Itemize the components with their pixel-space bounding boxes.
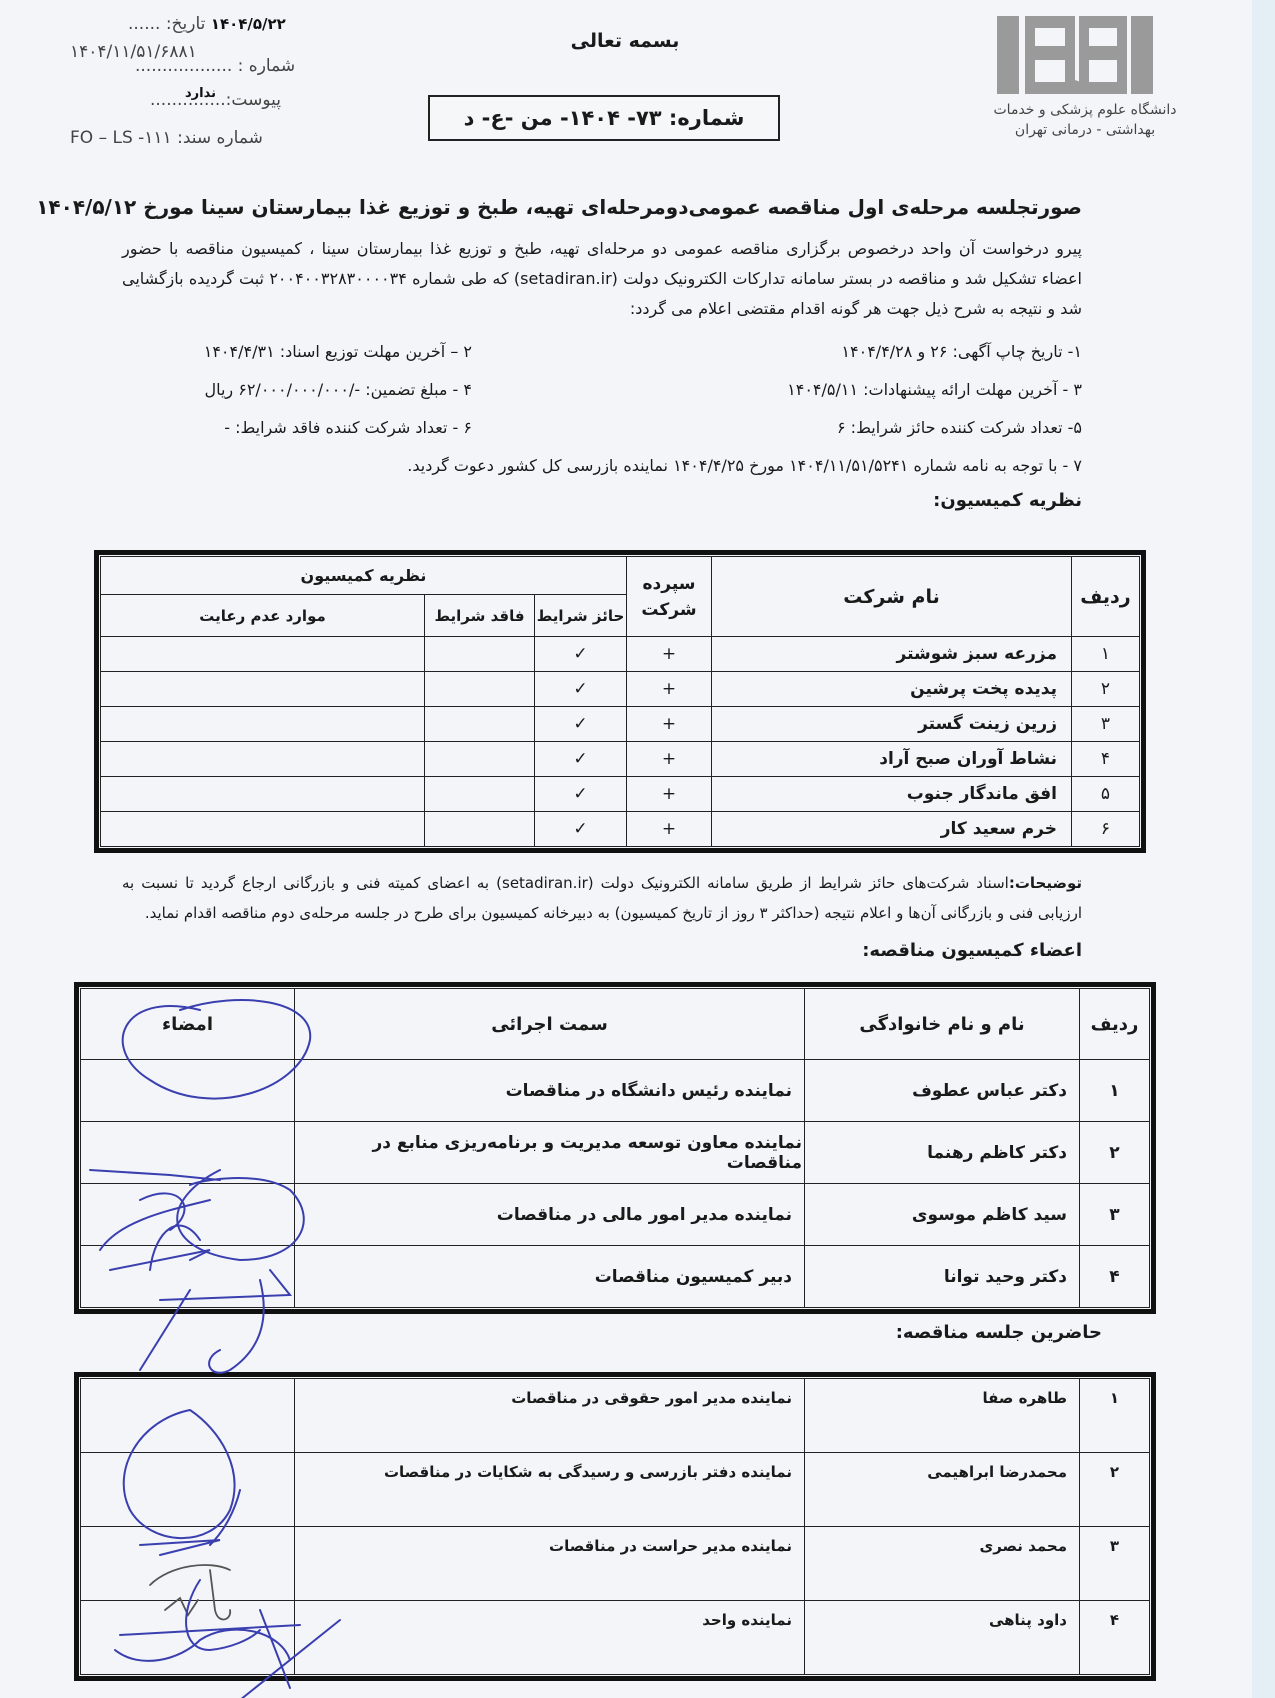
attendees-table: ۱ طاهره صفا نماینده مدیر امور حقوقی در م… (80, 1378, 1150, 1675)
table-row: ۳ محمد نصری نماینده مدیر حراست در مناقصا… (81, 1527, 1150, 1601)
header-qualified: حائز شرایط (535, 595, 627, 637)
checkmark-icon: ✓ (535, 812, 627, 847)
checkmark-icon: ✓ (535, 672, 627, 707)
header-row-number: ردیف (1072, 557, 1140, 637)
table-row: ۴ داود پناهی نماینده واحد (81, 1601, 1150, 1675)
checkmark-icon: ✓ (535, 742, 627, 777)
date-field: ۱۴۰۴/۵/۲۲ تاریخ: ...... (128, 14, 286, 34)
table-row: ۲ دکتر کاظم رهنما نماینده معاون توسعه مد… (81, 1122, 1150, 1184)
document-title: صورتجلسه مرحله‌ی اول مناقصه عمومی‌دومرحل… (36, 195, 1082, 219)
table-row: ۱ دکتر عباس عطوف نماینده رئیس دانشگاه در… (81, 1060, 1150, 1122)
commission-opinion-heading: نظریه کمیسیون: (933, 490, 1082, 511)
signature-cell (81, 1453, 295, 1527)
header-name: نام و نام خانوادگی (805, 989, 1080, 1060)
header-unqualified: فاقد شرایط (425, 595, 535, 637)
table-row: ۳ زرین زینت گستر + ✓ (101, 707, 1140, 742)
item-6: ۶ - تعداد شرکت کننده فاقد شرایط: - (224, 418, 472, 437)
signature-cell (81, 1184, 295, 1246)
university-name: دانشگاه علوم پزشکی و خدمات بهداشتی - درم… (985, 100, 1185, 140)
header-position: سمت اجرائی (295, 989, 805, 1060)
checkmark-icon: ✓ (535, 777, 627, 812)
reference-number-box: شماره: ۷۳- ۱۴۰۴- من -ع- د (428, 95, 780, 141)
checkmark-icon: ✓ (535, 707, 627, 742)
header-signature: امضاء (81, 989, 295, 1060)
header-noncompliance: موارد عدم رعایت (101, 595, 425, 637)
header-deposit: سپرده شرکت (627, 557, 712, 637)
checkmark-icon: ✓ (535, 637, 627, 672)
item-2: ۲ – آخرین مهلت توزیع اسناد: ۱۴۰۴/۴/۳۱ (204, 342, 472, 361)
notes-paragraph: توضیحات:اسناد شرکت‌های حائز شرایط از طری… (122, 868, 1082, 928)
university-logo-icon (995, 14, 1155, 96)
table-row: ۲ پدیده پخت پرشین + ✓ (101, 672, 1140, 707)
intro-paragraph: پیرو درخواست آن واحد درخصوص برگزاری مناق… (122, 234, 1082, 324)
item-3: ۳ - آخرین مهلت ارائه پیشنهادات: ۱۴۰۴/۵/۱… (787, 380, 1082, 399)
header-opinion: نظریه کمیسیون (101, 557, 627, 595)
table-row: ۳ سید کاظم موسوی نماینده مدیر امور مالی … (81, 1184, 1150, 1246)
attendees-heading: حاضرین جلسه مناقصه: (896, 1322, 1102, 1343)
item-7: ۷ - با توجه به نامه شماره ۱۴۰۴/۱۱/۵۱/۵۲۴… (407, 456, 1082, 475)
attachment-value: ندارد (185, 86, 216, 101)
signature-cell (81, 1379, 295, 1453)
item-1: ۱- تاریخ چاپ آگهی: ۲۶ و ۱۴۰۴/۴/۲۸ (841, 342, 1082, 361)
table-row: ۱ مزرعه سبز شوشتر + ✓ (101, 637, 1140, 672)
letter-number-label: شماره : .................. (135, 56, 295, 76)
signature-cell (81, 1601, 295, 1675)
table-row: ۱ طاهره صفا نماینده مدیر امور حقوقی در م… (81, 1379, 1150, 1453)
signature-cell (81, 1060, 295, 1122)
header-company: نام شرکت (712, 557, 1072, 637)
item-4: ۴ - مبلغ تضمین: -/۶۲/۰۰۰/۰۰۰/۰۰۰ ریال (204, 380, 472, 399)
scan-edge (1252, 0, 1275, 1698)
basmala-heading: بسمه تعالی (520, 30, 730, 52)
signature-cell (81, 1527, 295, 1601)
signature-cell (81, 1246, 295, 1308)
table-row: ۶ خرم سعید کار + ✓ (101, 812, 1140, 847)
table-row: ۴ نشاط آوران صبح آراد + ✓ (101, 742, 1140, 777)
signature-cell (81, 1122, 295, 1184)
item-5: ۵- تعداد شرکت کننده حائز شرایط: ۶ (837, 418, 1082, 437)
document-page: ۱۴۰۴/۵/۲۲ تاریخ: ...... ۱۴۰۴/۱۱/۵۱/۶۸۸۱ … (0, 0, 1252, 1698)
bids-table: ردیف نام شرکت سپرده شرکت نظریه کمیسیون ح… (100, 556, 1140, 847)
members-table: ردیف نام و نام خانوادگی سمت اجرائی امضاء… (80, 988, 1150, 1308)
table-row: ۲ محمدرضا ابراهیمی نماینده دفتر بازرسی و… (81, 1453, 1150, 1527)
doc-number: شماره سند: ۱۱۱- FO – LS (70, 128, 263, 148)
table-row: ۵ افق ماندگار جنوب + ✓ (101, 777, 1140, 812)
table-row: ۴ دکتر وحید توانا دبیر کمیسیون مناقصات (81, 1246, 1150, 1308)
members-heading: اعضاء کمیسیون مناقصه: (862, 940, 1082, 961)
header-row-number: ردیف (1080, 989, 1150, 1060)
